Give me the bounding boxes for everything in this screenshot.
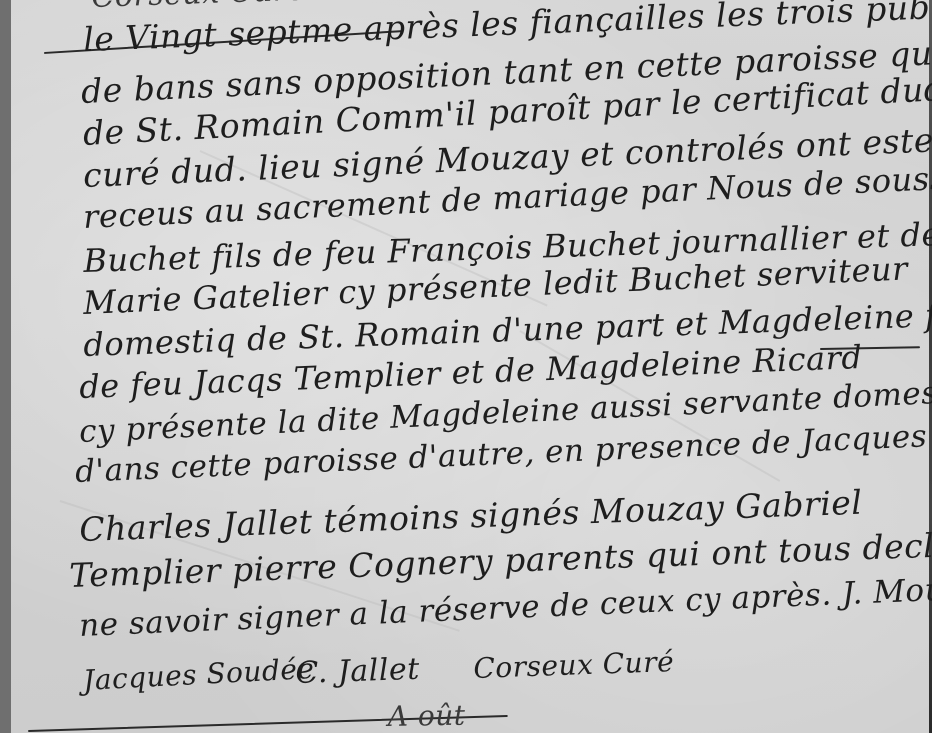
next-entry-fragment: A oût [387,699,465,733]
signature-curate: Corseux Curé [473,645,675,685]
scan-left-border [0,0,11,733]
signature-jallet: C. Jallet [295,652,421,691]
signature-soudee: Jacques Soudée [82,652,315,697]
document-scan: Corseux Curé le Vingt septme après les f… [0,0,932,733]
